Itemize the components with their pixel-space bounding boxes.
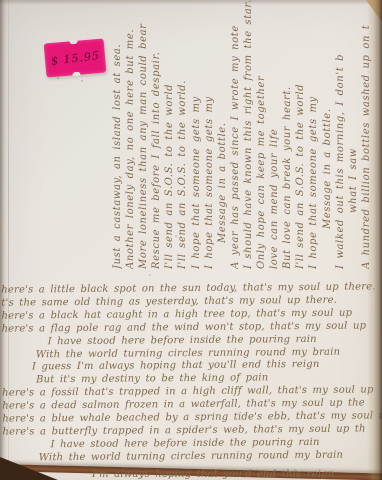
price-sticker: $ 15.95 — [44, 38, 107, 77]
lyric-line: I hope that someone gets my — [190, 1, 203, 269]
lyric-line: I hope that someone gets my — [203, 1, 216, 269]
price-text: $ 15.95 — [50, 49, 100, 68]
lyric-line: Just a castaway, an island lost at sea. — [111, 1, 124, 269]
sticker-notch — [72, 72, 80, 77]
page-right-edge-shade — [367, 0, 382, 480]
sticker-notch — [69, 40, 77, 45]
lyric-line: I'll send an S.O.S. to the world — [163, 1, 176, 269]
vertical-lyrics-block: Just a castaway, an island lost at sea.A… — [111, 1, 373, 269]
lyric-line: Rescue me before I fall into despair. — [150, 1, 163, 269]
paper-specks — [57, 77, 59, 79]
lyric-line: But love can break your heart. — [281, 1, 294, 269]
lyric-line: A year has passed since I wrote my note — [229, 1, 242, 269]
lyric-line: what I saw — [347, 1, 360, 269]
lyric-line: More loneliness than any man could bear — [137, 1, 150, 269]
lyric-line: I'll send an S.O.S. to the world. — [176, 1, 189, 269]
lyric-line: I walked out this morning, I don't b — [334, 1, 347, 269]
lyric-line: Another lonely day, no one here but me. — [124, 1, 137, 269]
lyric-line: Only hope can keep me together — [255, 1, 268, 269]
lyric-line: Message in a bottle. — [321, 1, 334, 269]
lyric-line: Message in a bottle. — [216, 1, 229, 269]
page-left-edge-shade — [0, 0, 7, 480]
lyric-line: I'll send an S.O.S. to the world — [294, 1, 307, 269]
lyric-line: I should have known this right from the … — [242, 1, 255, 269]
horizontal-lyrics-block: here's a little black spot on the sun to… — [1, 281, 382, 465]
partial-lyric-line: I'm always hoping that you'd end this re… — [92, 469, 334, 480]
lyric-line: I hope that someone gets my — [307, 1, 320, 269]
photo-of-notebook-page: Just a castaway, an island lost at sea.A… — [0, 0, 382, 480]
lyric-line: love can mend your life — [268, 1, 281, 269]
